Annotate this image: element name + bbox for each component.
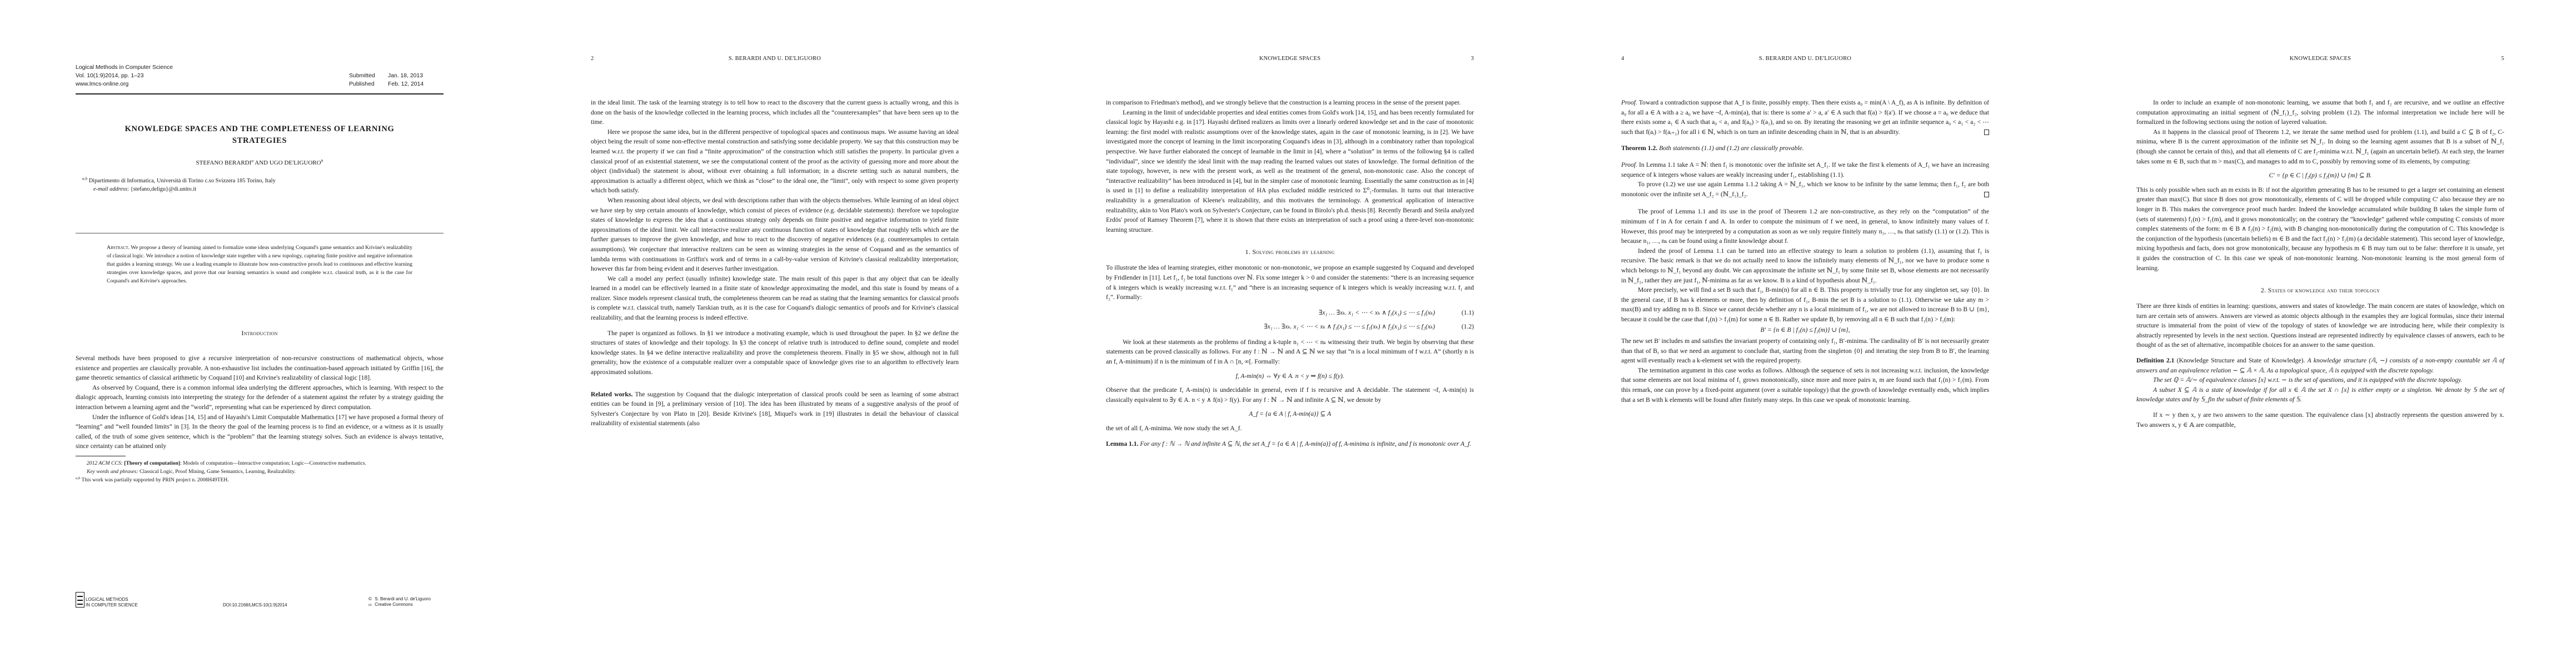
doi[interactable]: DOI:10.2168/LMCS-10(1:9)2014	[223, 603, 287, 608]
authors: STEFANO BERARDIa AND UGO DE'LIGUOROb	[76, 160, 444, 166]
creative-commons-icon: cc	[368, 603, 373, 609]
journal-header: Logical Methods in Computer Science Vol.…	[76, 63, 444, 88]
running-head: 4 S. BERARDI AND U. DE'LIGUORO	[1621, 56, 1989, 64]
equation-bprime: B′ = {n ∈ B | f₁(n) ≤ f₁(m)} ∪ {m},	[1621, 325, 1989, 335]
paragraph: In order to include an example of non-mo…	[2136, 98, 2504, 127]
page-5: KNOWLEDGE SPACES 5 In order to include a…	[2061, 0, 2576, 667]
submission-dates: SubmittedJan. 18, 2013 PublishedFeb. 12,…	[349, 72, 444, 88]
page-number: 3	[1471, 56, 1474, 62]
definition-2-1: Definition 2.1 (Knowledge Structure and …	[2136, 356, 2504, 375]
introduction-heading: Introduction	[76, 329, 444, 337]
paragraph: When reasoning about ideal objects, we d…	[591, 196, 959, 274]
paragraph: in the ideal limit. The task of the lear…	[591, 98, 959, 127]
abstract-label: Abstract.	[107, 245, 129, 251]
footnote-rule	[76, 456, 126, 457]
footnote-support: a,b This work was partially supported by…	[76, 476, 444, 485]
header-rule	[76, 93, 444, 94]
author-1: STEFANO BERARDI	[196, 160, 252, 166]
related-works: Related works. The suggestion by Coquand…	[591, 390, 959, 429]
page-1: Logical Methods in Computer Science Vol.…	[0, 0, 515, 667]
related-works-label: Related works.	[591, 391, 632, 398]
qed-icon	[1984, 192, 1989, 197]
submitted-date: Jan. 18, 2013	[388, 73, 423, 79]
paragraph: As observed by Coquand, there is a commo…	[76, 383, 444, 412]
page-footer: LOGICAL METHODS IN COMPUTER SCIENCE DOI:…	[76, 592, 444, 609]
paragraph: Here we propose the same idea, but in th…	[591, 127, 959, 196]
equation-1-2: ∃x₁ … ∃xₖ. x₁ < ⋯ < xₖ ∧ f₁(x₁) ≤ ⋯ ≤ f₁…	[1106, 322, 1474, 332]
license-block: © S. Berardi and U. de'Liguoro cc Creati…	[368, 596, 444, 608]
copyright-icon: ©	[368, 596, 373, 602]
lmcs-logo-icon	[76, 592, 84, 608]
page-4-body: Proof. Toward a contradiction suppose th…	[1621, 98, 1989, 405]
paragraph: The termination argument in this case wo…	[1621, 366, 1989, 405]
lemma-1-1: Lemma 1.1. For any f : ℕ → ℕ and infinit…	[1106, 439, 1474, 449]
paragraph: The proof of Lemma 1.1 and its use in th…	[1621, 207, 1989, 246]
abstract-rule	[76, 233, 444, 233]
published-label: Published	[349, 80, 388, 88]
equation-cprime: C′ = {p ∈ C | f₂(p) ≤ f₂(m)} ∪ {m} ⊆ B.	[2136, 171, 2504, 181]
page-2: 2 S. BERARDI AND U. DE'LIGUORO in the id…	[515, 0, 1030, 667]
paragraph: Under the influence of Gold's ideas [14,…	[76, 412, 444, 451]
page-4: 4 S. BERARDI AND U. DE'LIGUORO Proof. To…	[1546, 0, 2061, 667]
abstract-text: We propose a theory of learning aimed to…	[107, 245, 412, 284]
paragraph: in comparison to Friedman's method), and…	[1106, 98, 1474, 108]
page-1-body: Several methods have been proposed to gi…	[76, 354, 444, 484]
paragraph: A subset X ⊆ 𝔸 is a state of knowledge i…	[2136, 385, 2504, 405]
paragraph: To prove (1.2) we use use again Lemma 1.…	[1621, 180, 1989, 199]
affiliation: a,b Dipartimento di Informatica, Univers…	[82, 177, 438, 193]
paragraph: Indeed the proof of Lemma 1.1 can be tur…	[1621, 246, 1989, 285]
section-heading: 1. Solving problems by learning	[1106, 248, 1474, 256]
page-5-body: In order to include an example of non-mo…	[2136, 98, 2504, 430]
paragraph: The new set B′ includes m and satisfies …	[1621, 336, 1989, 366]
footnote-keywords: Key words and phrases: Classical Logic, …	[76, 468, 444, 476]
equation-amin: f, A-min(n) ⇔ ∀y ∈ A. n < y ⇒ f(n) ≤ f(y…	[1106, 371, 1474, 381]
paragraph: The paper is organized as follows. In §1…	[591, 328, 959, 377]
page-number: 5	[2502, 56, 2504, 62]
paper-title: KNOWLEDGE SPACES AND THE COMPLETENESS OF…	[76, 123, 444, 147]
journal-name: Logical Methods in Computer Science	[76, 63, 444, 72]
paragraph: As it happens in the classical proof of …	[2136, 127, 2504, 166]
equation-1-1: ∃x₁ … ∃xₖ. x₁ < ⋯ < xₖ ∧ f₁(x₁) ≤ ⋯ ≤ f₁…	[1106, 308, 1474, 318]
qed-icon	[1984, 130, 1989, 135]
paragraph: To illustrate the idea of learning strat…	[1106, 263, 1474, 302]
equation-af: A_f = {a ∈ A | f, A-min(a)} ⊆ A	[1106, 409, 1474, 419]
running-head: KNOWLEDGE SPACES 5	[2136, 56, 2504, 64]
proof-lemma-1-1: Proof. Toward a contradiction suppose th…	[1621, 98, 1989, 137]
running-head: 2 S. BERARDI AND U. DE'LIGUORO	[591, 56, 959, 64]
paragraph: This is only possible when such an m exi…	[2136, 185, 2504, 273]
published-date: Feb. 12, 2014	[388, 81, 423, 87]
running-head: KNOWLEDGE SPACES 3	[1106, 56, 1474, 64]
paragraph: We look at these statements as the probl…	[1106, 337, 1474, 367]
abstract: Abstract. We propose a theory of learnin…	[107, 243, 412, 285]
affiliation-text: Dipartimento di Informatica, Università …	[89, 178, 276, 184]
paragraph: The set ℚ = 𝔸/∼ of equivalence classes […	[2136, 375, 2504, 385]
paragraph: We call a model any perfect (usually inf…	[591, 274, 959, 323]
paragraph: the set of all f, A-minima. We now study…	[1106, 424, 1474, 434]
page-3: KNOWLEDGE SPACES 3 in comparison to Frie…	[1030, 0, 1546, 667]
proof-theorem-1-2: Proof. In Lemma 1.1 take A = ℕ: then f₁ …	[1621, 160, 1989, 180]
page-3-body: in comparison to Friedman's method), and…	[1106, 98, 1474, 449]
theorem-1-2: Theorem 1.2. Both statements (1.1) and (…	[1621, 143, 1989, 153]
email-address[interactable]: : {stefano,deligu}@di.unito.it	[127, 186, 196, 192]
paragraph: Learning in the limit of undecidable pro…	[1106, 108, 1474, 235]
paragraph: Several methods have been proposed to gi…	[76, 354, 444, 383]
lmcs-logo: LOGICAL METHODS IN COMPUTER SCIENCE	[76, 592, 138, 608]
page-2-body: in the ideal limit. The task of the lear…	[591, 98, 959, 429]
section-heading: 2. States of knowledge and their topolog…	[2136, 286, 2504, 295]
paragraph: There are three kinds of entities in lea…	[2136, 301, 2504, 350]
footnote-ccs: 2012 ACM CCS: [Theory of computation]: M…	[76, 460, 444, 468]
paragraph: More precisely, we will find a set B suc…	[1621, 285, 1989, 324]
paragraph: If x ∼ y then x, y are two answers to th…	[2136, 410, 2504, 430]
submitted-label: Submitted	[349, 72, 388, 80]
author-2: UGO DE'LIGUORO	[270, 160, 321, 166]
paragraph: Observe that the predicate f, A-min(n) i…	[1106, 385, 1474, 405]
